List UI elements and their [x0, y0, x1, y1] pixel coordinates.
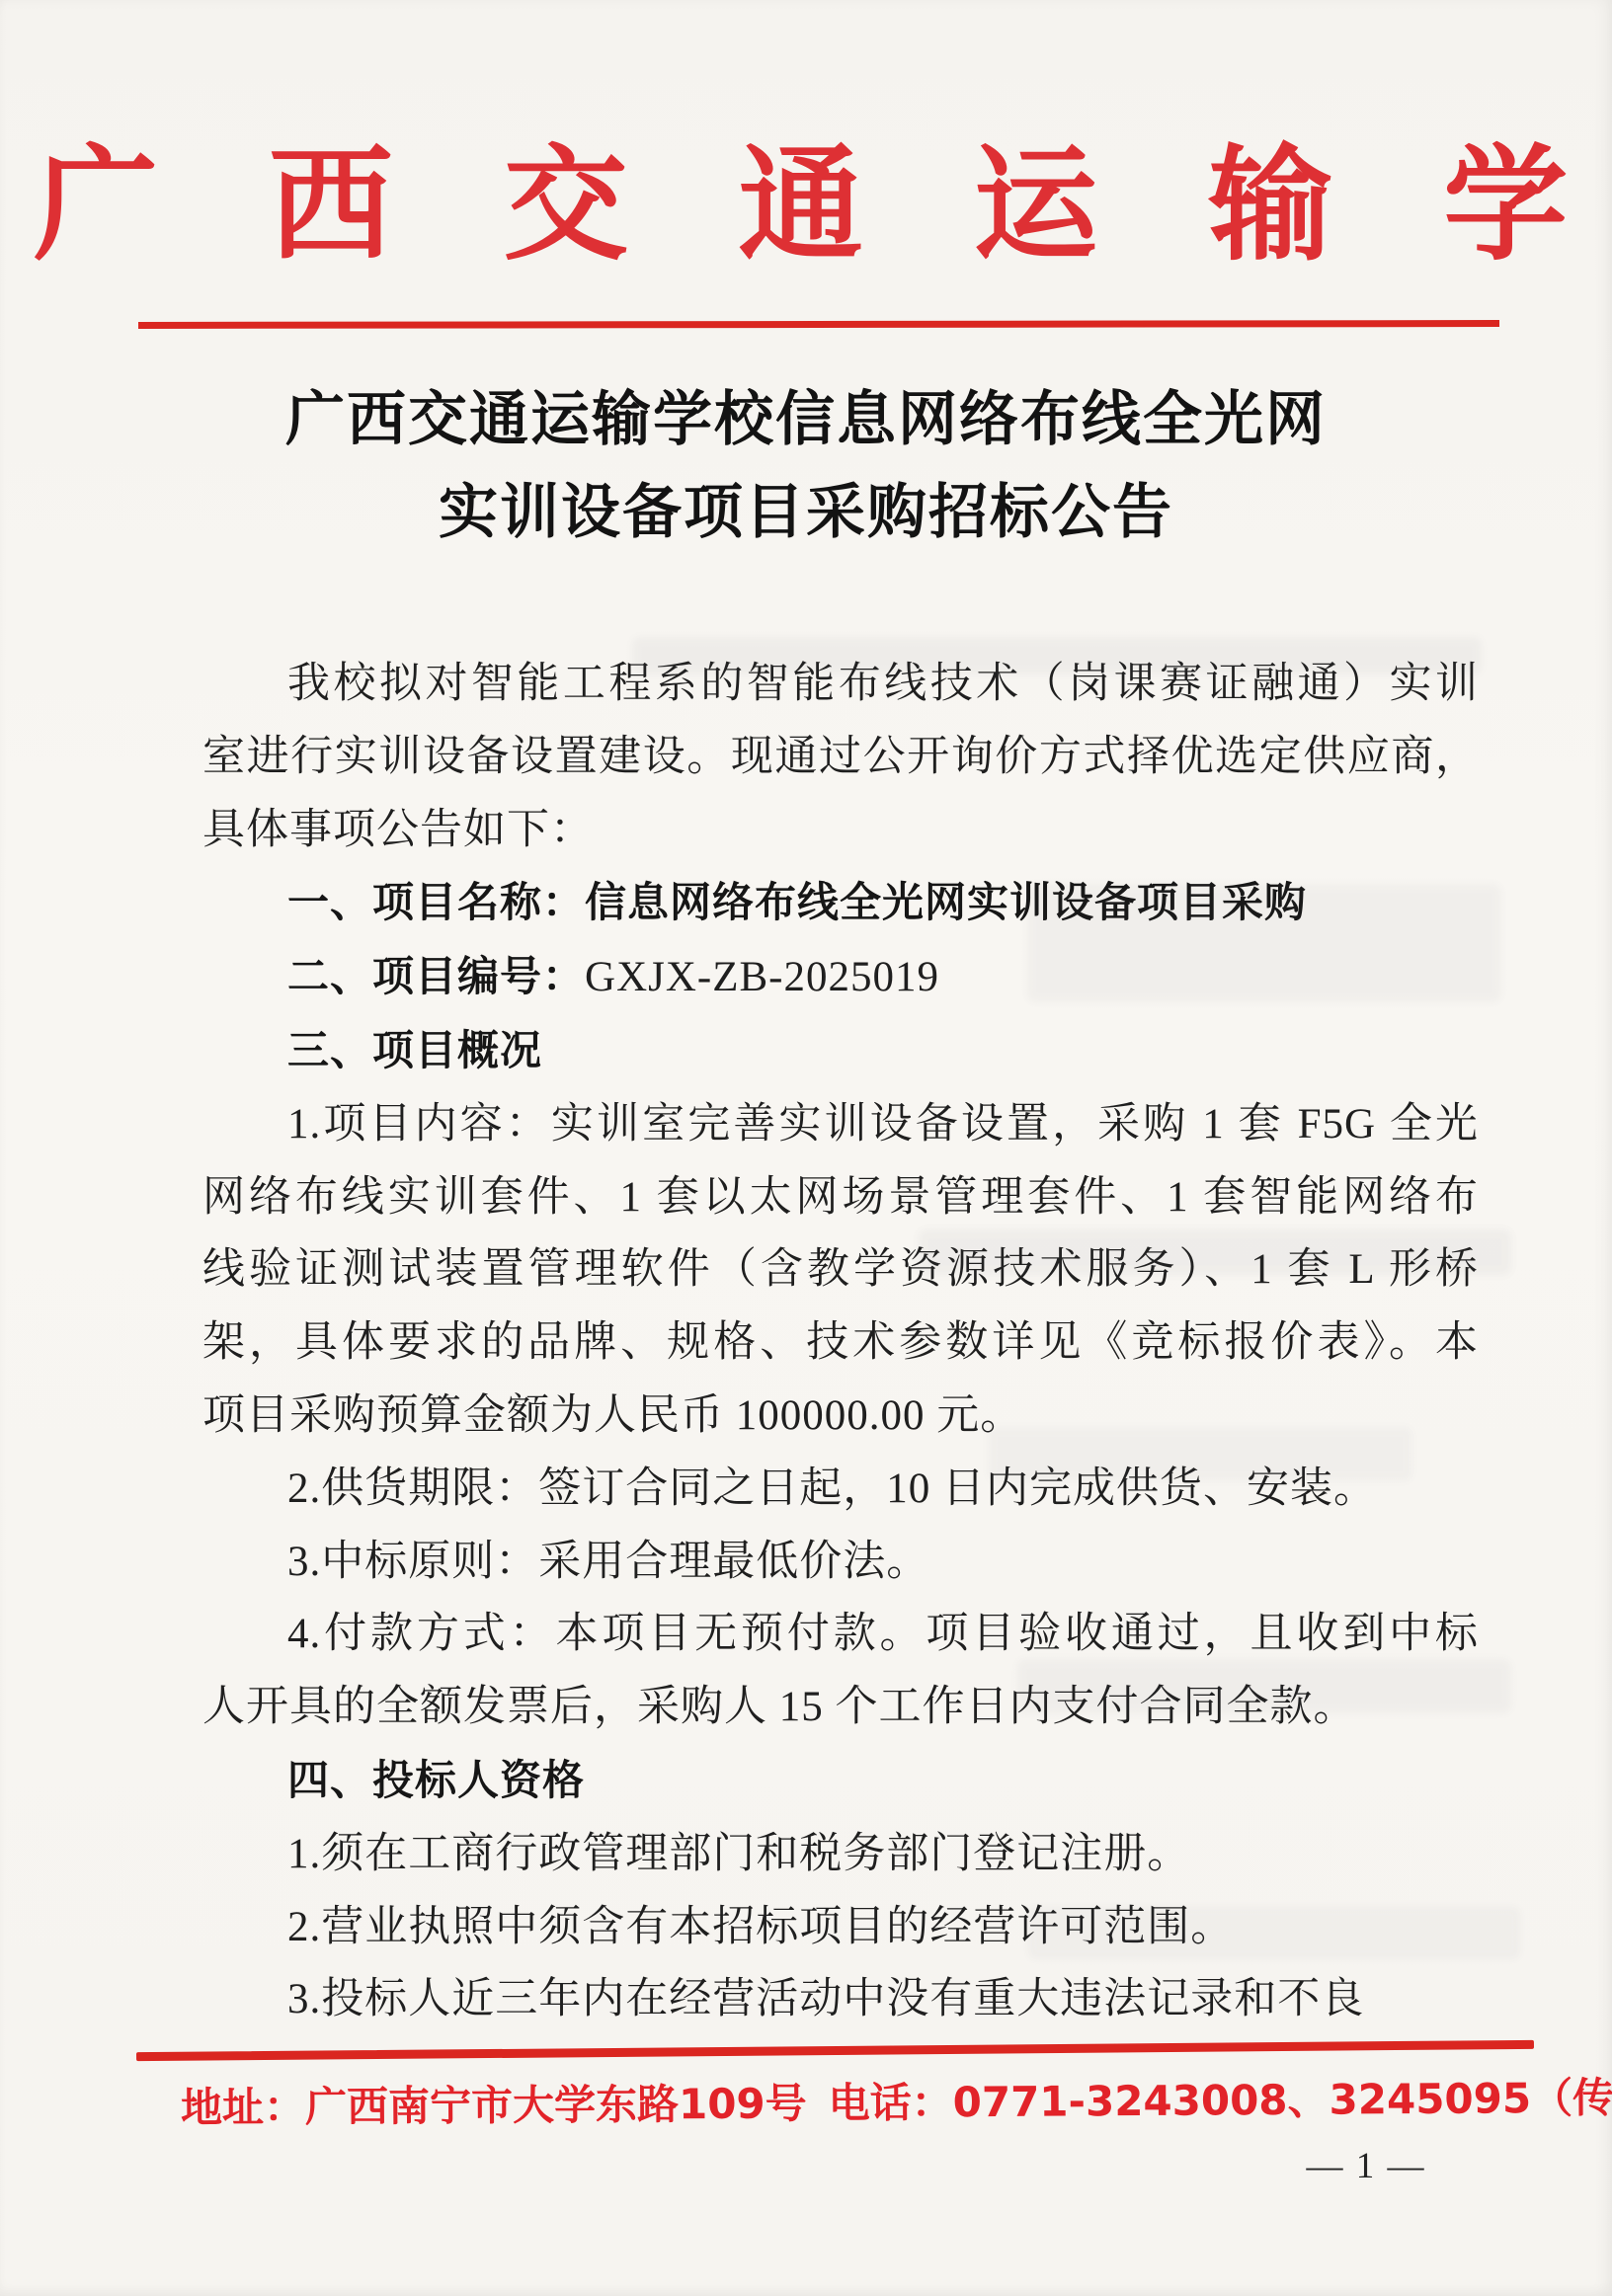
body-line: 2.营业执照中须含有本招标项目的经营许可范围。 — [202, 1891, 1479, 1964]
body-line: 4.付款方式：本项目无预付款。项目验收通过，且收到中标 — [202, 1598, 1479, 1671]
body-line: 三、项目概况 — [202, 1014, 1479, 1088]
body-line-text: 我校拟对智能工程系的智能布线技术（岗课赛证融通）实训 — [287, 661, 1479, 707]
footer-divider-line — [136, 2040, 1534, 2061]
body-line: 具体事项公告如下： — [202, 794, 1479, 867]
body-line-text: 2.供货期限：签订合同之日起，10 日内完成供货、安装。 — [287, 1465, 1377, 1512]
body-line-text: 具体事项公告如下： — [202, 807, 594, 853]
title-line-1: 广西交通运输学校信息网络布线全光网 — [0, 373, 1612, 466]
body-line-heading-text: 三、项目概况 — [287, 1026, 542, 1074]
body-line-text: 架，具体要求的品牌、规格、技术参数详见《竞标报价表》。本 — [202, 1319, 1479, 1366]
body-line-text: 3.投标人近三年内在经营活动中没有重大违法记录和不良 — [287, 1976, 1364, 2022]
body-line: 四、投标人资格 — [202, 1744, 1479, 1818]
body-line: 1.须在工商行政管理部门和税务部门登记注册。 — [202, 1818, 1479, 1891]
title-line-2: 实训设备项目采购招标公告 — [0, 466, 1612, 559]
body-line: 我校拟对智能工程系的智能布线技术（岗课赛证融通）实训 — [202, 648, 1479, 721]
body-line-text: 网络布线实训套件、1 套以太网场景管理套件、1 套智能网络布 — [202, 1174, 1479, 1221]
body-line: 3.中标原则：采用合理最低价法。 — [202, 1526, 1479, 1599]
body-line: 3.投标人近三年内在经营活动中没有重大违法记录和不良 — [202, 1963, 1479, 2036]
footer-phone: 电话：0771-3243008、3245095（传真） — [828, 2073, 1612, 2127]
body-line-text: 1.项目内容：实训室完善实训设备设置，采购 1 套 F5G 全光 — [287, 1101, 1479, 1148]
body-line-text: 项目采购预算金额为人民币 100000.00 元。 — [202, 1392, 1023, 1439]
body-line-text: 3.中标原则：采用合理最低价法。 — [287, 1539, 929, 1585]
document-title: 广西交通运输学校信息网络布线全光网 实训设备项目采购招标公告 — [0, 373, 1612, 559]
header-divider-line — [138, 320, 1499, 329]
footer-address: 地址：广西南宁市大学东路109号 — [181, 2079, 807, 2131]
body-line: 2.供货期限：签订合同之日起，10 日内完成供货、安装。 — [202, 1453, 1479, 1526]
body-line-text: 线验证测试装置管理软件（含教学资源技术服务）、1 套 L 形桥 — [202, 1246, 1479, 1293]
footer-contact: 地址：广西南宁市大学东路109号电话：0771-3243008、3245095（… — [181, 2073, 1524, 2133]
page-number: — 1 — — [1292, 2145, 1440, 2188]
body-line-text: GXJX-ZB-2025019 — [585, 954, 939, 1000]
body-line: 1.项目内容：实训室完善实训设备设置，采购 1 套 F5G 全光 — [202, 1088, 1479, 1161]
school-name-header: 广 西 交 通 运 输 学 校 — [0, 130, 1612, 278]
body-line: 一、项目名称：信息网络布线全光网实训设备项目采购 — [202, 866, 1479, 940]
body-line-text: 4.付款方式：本项目无预付款。项目验收通过，且收到中标 — [287, 1611, 1479, 1657]
body-line-heading-text: 四、投标人资格 — [287, 1756, 585, 1804]
body-line: 室进行实训设备设置建设。现通过公开询价方式择优选定供应商， — [202, 721, 1479, 794]
body-line: 线验证测试装置管理软件（含教学资源技术服务）、1 套 L 形桥 — [202, 1233, 1479, 1306]
body-line: 人开具的全额发票后，采购人 15 个工作日内支付合同全款。 — [202, 1671, 1479, 1744]
body-line-text: 人开具的全额发票后，采购人 15 个工作日内支付合同全款。 — [202, 1684, 1357, 1730]
body-line-text: 1.须在工商行政管理部门和税务部门登记注册。 — [287, 1831, 1190, 1877]
body-line-text: 室进行实训设备设置建设。现通过公开询价方式择优选定供应商， — [202, 734, 1479, 780]
body-line: 网络布线实训套件、1 套以太网场景管理套件、1 套智能网络布 — [202, 1161, 1479, 1234]
body-line-heading-text: 二、项目编号： — [287, 952, 585, 1000]
body-line: 架，具体要求的品牌、规格、技术参数详见《竞标报价表》。本 — [202, 1306, 1479, 1380]
scanned-document-page: 广 西 交 通 运 输 学 校 广西交通运输学校信息网络布线全光网 实训设备项目… — [0, 0, 1612, 2296]
body-line: 二、项目编号：GXJX-ZB-2025019 — [202, 940, 1479, 1014]
document-body: 我校拟对智能工程系的智能布线技术（岗课赛证融通）实训室进行实训设备设置建设。现通… — [202, 648, 1479, 2036]
body-line-heading-text: 一、项目名称：信息网络布线全光网实训设备项目采购 — [287, 878, 1307, 926]
body-line: 项目采购预算金额为人民币 100000.00 元。 — [202, 1380, 1479, 1453]
body-line-text: 2.营业执照中须含有本招标项目的经营许可范围。 — [287, 1904, 1234, 1950]
